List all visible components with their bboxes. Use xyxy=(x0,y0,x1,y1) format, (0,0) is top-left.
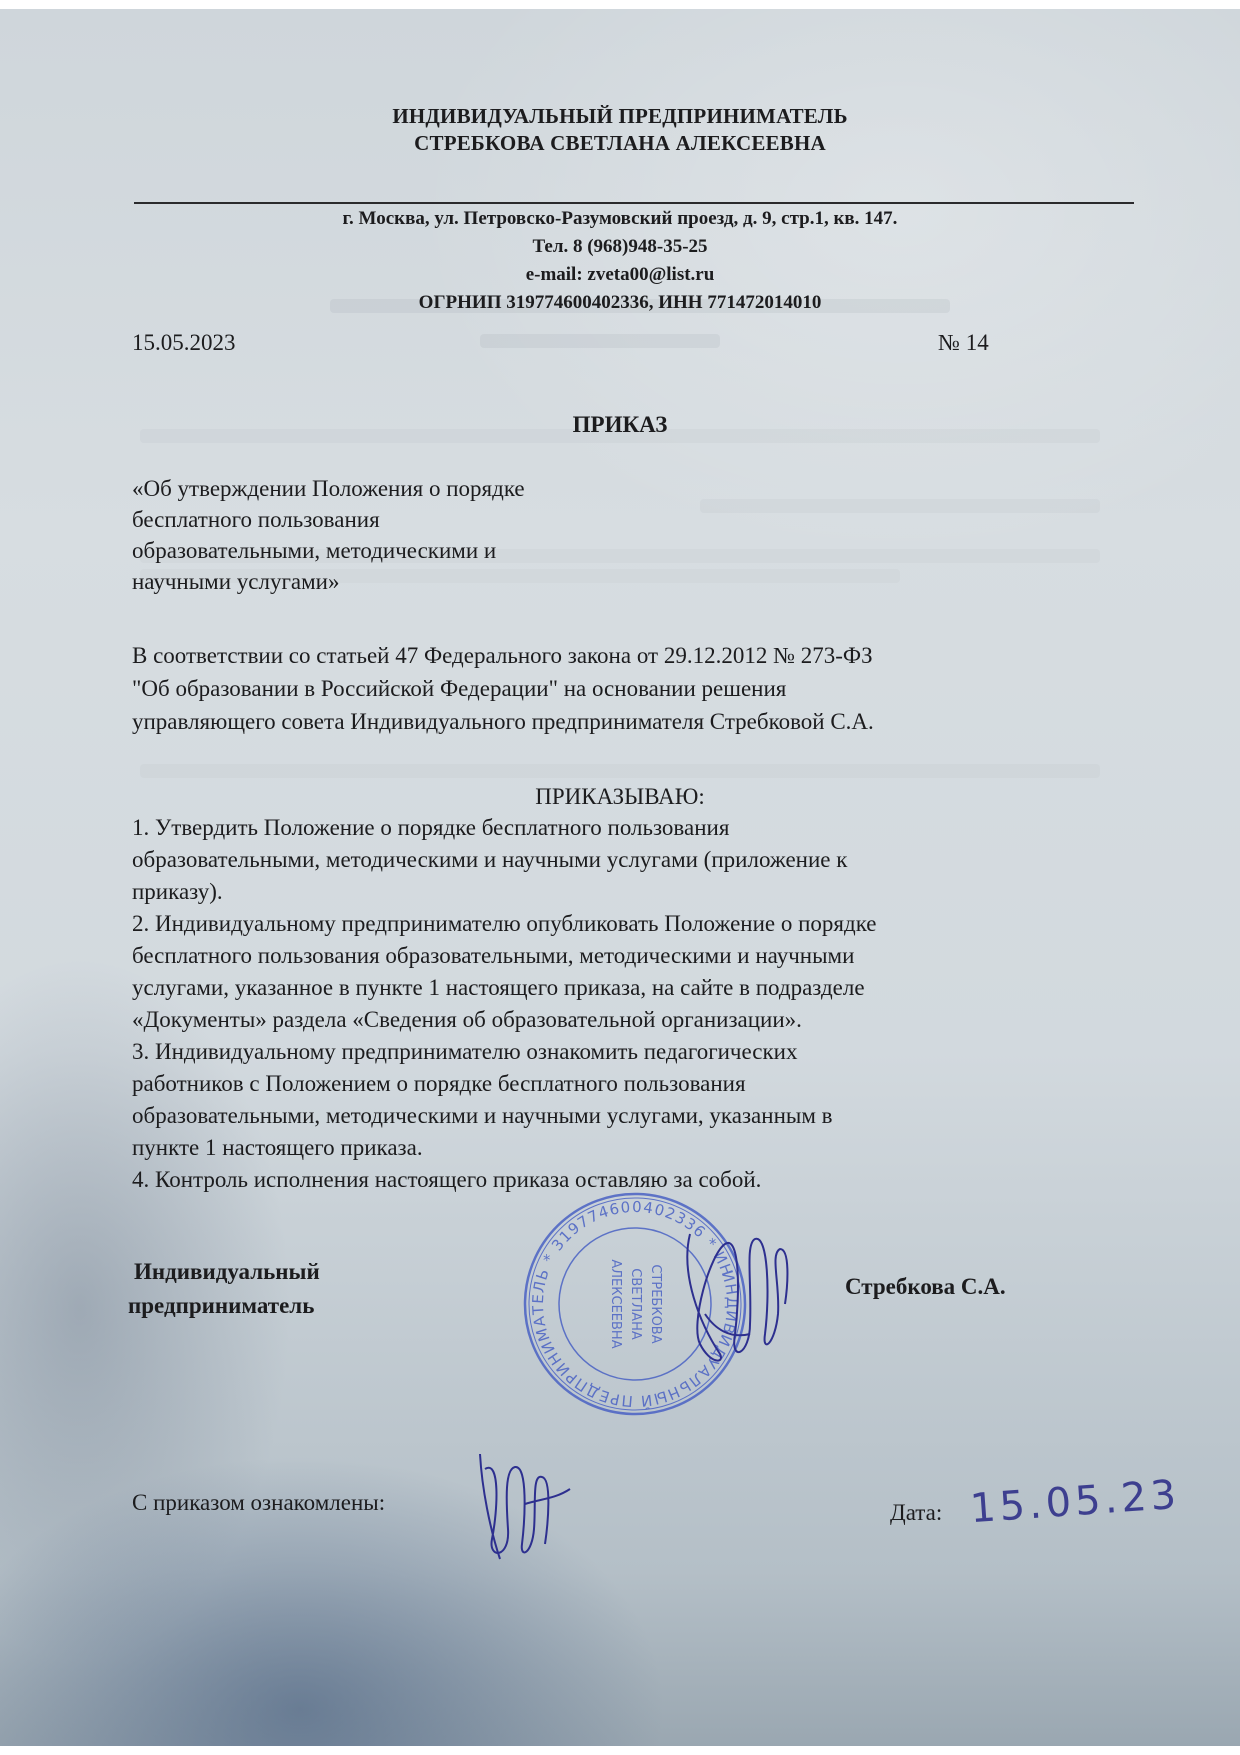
item-line: 4. Контроль исполнения настоящего приказ… xyxy=(132,1164,877,1196)
subject-line: «Об утверждении Положения о порядке xyxy=(132,473,525,504)
order-subject: «Об утверждении Положения о порядке бесп… xyxy=(132,473,525,597)
document-title: ПРИКАЗ xyxy=(0,409,1240,440)
item-line: бесплатного пользования образовательными… xyxy=(132,940,877,972)
handwritten-date: 15.05.23 xyxy=(969,1472,1182,1533)
item-line: образовательными, методическими и научны… xyxy=(132,1100,877,1132)
signatory-name: Стребкова С.А. xyxy=(845,1271,1006,1302)
bleed-through xyxy=(700,499,1100,513)
svg-text:АЛЕКСЕЕВНА: АЛЕКСЕЕВНА xyxy=(608,1259,623,1348)
item-line: 1. Утвердить Положение о порядке бесплат… xyxy=(132,812,877,844)
preamble-line: "Об образовании в Российской Федерации" … xyxy=(132,672,874,705)
bleed-through xyxy=(480,334,720,348)
bleed-through xyxy=(140,764,1100,778)
document-date: 15.05.2023 xyxy=(132,327,236,358)
letterhead-phone: Тел. 8 (968)948-35-25 xyxy=(0,233,1240,261)
acknowledgement-label: С приказом ознакомлены: xyxy=(132,1487,385,1518)
order-directive: ПРИКАЗЫВАЮ: xyxy=(0,781,1240,812)
item-line: образовательными, методическими и научны… xyxy=(132,844,877,876)
order-items: 1. Утвердить Положение о порядке бесплат… xyxy=(132,812,877,1196)
item-line: 2. Индивидуальному предпринимателю опубл… xyxy=(132,908,877,940)
preamble-line: В соответствии со статьей 47 Федеральног… xyxy=(132,639,874,672)
acknowledgement-signature xyxy=(470,1449,610,1569)
preamble-line: управляющего совета Индивидуального пред… xyxy=(132,705,874,738)
item-line: приказу). xyxy=(132,876,877,908)
order-preamble: В соответствии со статьей 47 Федеральног… xyxy=(132,639,874,738)
subject-line: научными услугами» xyxy=(132,566,525,597)
item-line: услугами, указанное в пункте 1 настоящег… xyxy=(132,972,877,1004)
letterhead-line-2: СТРЕБКОВА СВЕТЛАНА АЛЕКСЕЕВНА xyxy=(0,130,1240,157)
letterhead-address: г. Москва, ул. Петровско-Разумовский про… xyxy=(0,205,1240,233)
document-number: № 14 xyxy=(938,327,989,358)
signatory-position: Индивидуальный предприниматель xyxy=(128,1255,320,1323)
item-line: работников с Положением о порядке беспла… xyxy=(132,1068,877,1100)
subject-line: образовательными, методическими и xyxy=(132,535,525,566)
letterhead-email: e-mail: zveta00@list.ru xyxy=(0,261,1240,289)
letterhead-line-1: ИНДИВИДУАЛЬНЫЙ ПРЕДПРИНИМАТЕЛЬ xyxy=(0,103,1240,130)
svg-text:СВЕТЛАНА: СВЕТЛАНА xyxy=(628,1268,643,1340)
document-page: ИНДИВИДУАЛЬНЫЙ ПРЕДПРИНИМАТЕЛЬ СТРЕБКОВА… xyxy=(0,9,1240,1746)
item-line: «Документы» раздела «Сведения об образов… xyxy=(132,1004,877,1036)
item-line: пункте 1 настоящего приказа. xyxy=(132,1132,877,1164)
date-label: Дата: xyxy=(890,1497,942,1528)
letterhead-registration: ОГРНИП 319774600402336, ИНН 771472014010 xyxy=(0,289,1240,317)
subject-line: бесплатного пользования xyxy=(132,504,525,535)
director-signature xyxy=(670,1214,800,1374)
position-line: предприниматель xyxy=(128,1289,320,1323)
item-line: 3. Индивидуальному предпринимателю ознак… xyxy=(132,1036,877,1068)
svg-text:СТРЕБКОВА: СТРЕБКОВА xyxy=(648,1264,663,1343)
position-line: Индивидуальный xyxy=(128,1255,320,1289)
letterhead-divider xyxy=(134,202,1134,204)
